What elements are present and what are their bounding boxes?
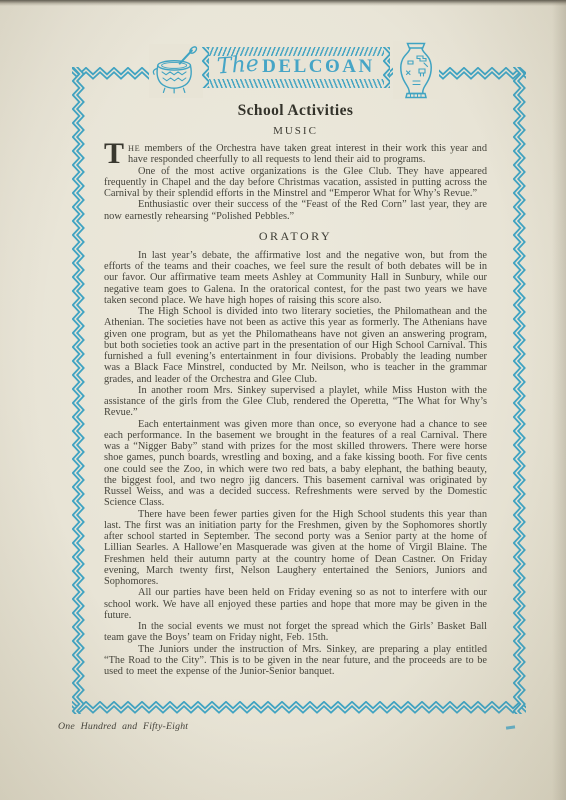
page-number: One Hundred and Fifty-Eight — [58, 721, 188, 732]
masthead-banner: The DELCOAN — [202, 47, 390, 88]
masthead-title-script: The — [216, 51, 260, 79]
pottery-bowl-icon — [149, 44, 203, 98]
oratory-paragraph: In the social events we must not forget … — [104, 621, 487, 644]
banner-hatch-bottom — [208, 79, 384, 88]
page-body: School Activities MUSIC THE members of t… — [104, 102, 487, 677]
banner-zigzag-right — [383, 47, 390, 88]
oratory-paragraph: In another room Mrs. Sinkey supervised a… — [104, 385, 487, 419]
drop-cap: T — [104, 143, 128, 166]
frame-border-bottom — [72, 701, 526, 714]
decorated-o-letter: O — [325, 56, 342, 78]
page-title: School Activities — [104, 102, 487, 120]
banner-zigzag-left — [202, 47, 209, 88]
oratory-paragraph: Each entertainment was given more than o… — [104, 419, 487, 509]
oratory-paragraph: The Juniors under the instruction of Mrs… — [104, 644, 487, 678]
oratory-paragraph: In last year’s debate, the affirmative l… — [104, 250, 487, 306]
print-mark — [506, 725, 515, 729]
masthead-title: The DELCOAN — [210, 55, 382, 79]
music-paragraph: Enthusiastic over their success of the “… — [104, 199, 487, 222]
scanned-yearbook-page: The DELCOAN School Activities MUSIC THE … — [0, 0, 566, 800]
frame-border-right — [513, 67, 526, 714]
vase-icon — [393, 41, 439, 99]
oratory-heading: ORATORY — [104, 229, 487, 244]
oratory-paragraph: There have been fewer parties given for … — [104, 509, 487, 588]
oratory-paragraph: All our parties have been held on Friday… — [104, 587, 487, 621]
music-heading: MUSIC — [104, 125, 487, 137]
music-paragraph: One of the most active organizations is … — [104, 166, 487, 200]
masthead-title-main: DELCOAN — [262, 56, 375, 78]
music-lead-paragraph: THE members of the Orchestra have taken … — [104, 143, 487, 166]
frame-border-left — [72, 67, 85, 714]
oratory-paragraph: The High School is divided into two lite… — [104, 306, 487, 385]
